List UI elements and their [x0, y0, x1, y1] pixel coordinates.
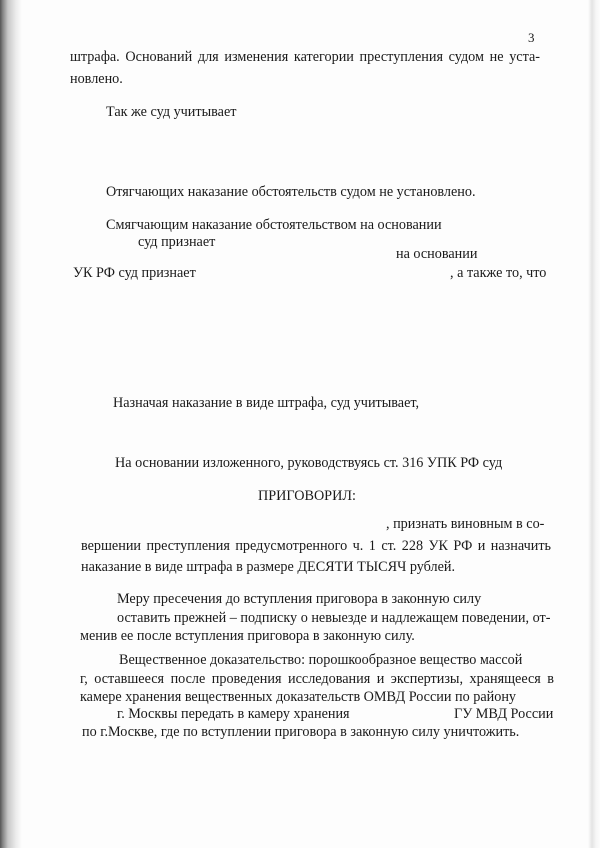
text-line: г. Москвы передать в камеру хранения: [117, 705, 350, 723]
text-line: Смягчающим наказание обстоятельством на …: [106, 216, 442, 234]
text-line: наказание в виде штрафа в размере ДЕСЯТИ…: [81, 558, 455, 576]
text-line: , а также то, что: [450, 264, 546, 282]
text-line: на основании: [396, 245, 477, 263]
text-line: вершении преступления предусмотренного ч…: [81, 537, 551, 555]
text-line: Так же суд учитывает: [106, 103, 236, 121]
text-line: новлено.: [70, 70, 123, 88]
scan-left-edge-shadow: [0, 0, 22, 848]
text-line: по г.Москве, где по вступлении приговора…: [82, 723, 519, 741]
text-line: менив ее после вступления приговора в за…: [80, 627, 415, 645]
text-line: Отягчающих наказание обстоятельств судом…: [106, 183, 476, 201]
text-line: УК РФ суд признает: [73, 264, 196, 282]
verdict-heading: ПРИГОВОРИЛ:: [258, 487, 356, 505]
text-line: Меру пресечения до вступления приговора …: [117, 590, 481, 608]
text-line: оставить прежней – подписку о невыезде и…: [117, 609, 550, 627]
text-line: суд признает: [138, 233, 215, 251]
page-number: 3: [528, 30, 535, 46]
text-line: г, оставшееся после проведения исследова…: [80, 670, 554, 688]
text-line: Вещественное доказательство: порошкообра…: [119, 651, 522, 669]
text-line: На основании изложенного, руководствуясь…: [115, 454, 502, 472]
text-line: штрафа. Оснований для изменения категори…: [70, 48, 540, 66]
text-line: , признать виновным в со-: [386, 515, 544, 533]
text-line: Назначая наказание в виде штрафа, суд уч…: [113, 394, 419, 412]
text-line: камере хранения вещественных доказательс…: [80, 688, 516, 706]
text-line: ГУ МВД России: [454, 705, 553, 723]
scan-right-edge-shadow: [588, 0, 600, 848]
